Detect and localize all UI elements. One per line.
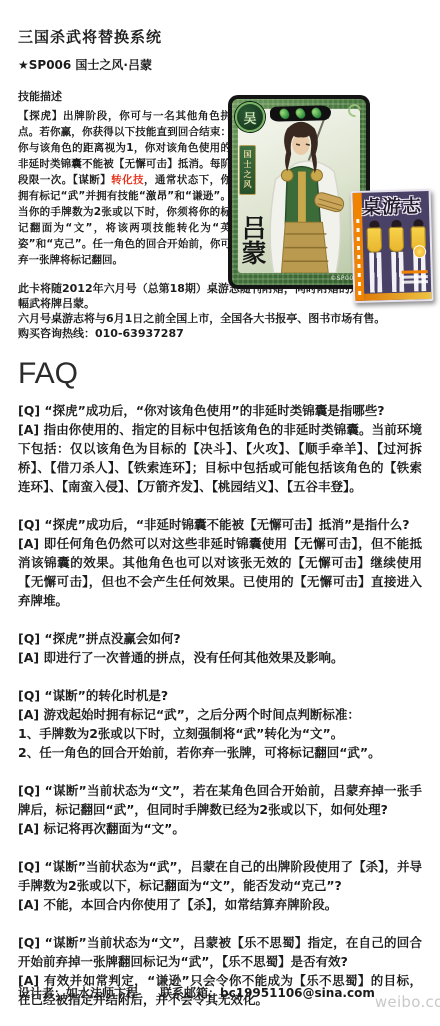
faq-question: [Q] “谋断”当前状态为“武”，吕蒙在自己的出牌阶段使用了【杀】，并导手牌数为… [18, 857, 422, 895]
faq-item: [Q] “探虎”成功后，“非延时锦囊不能被【无懈可击】抵消”是指什么? [A] … [18, 515, 422, 610]
faq-answer: [A] 即进行了一次普通的拼点，没有任何其他效果及影响。 [18, 648, 422, 667]
wu-faction-emblem: 吴 [235, 102, 265, 132]
magazine-cover: 桌游志 [351, 189, 434, 303]
faq-list: [Q] “探虎”成功后，“你对该角色使用”的非延时类锦囊是指哪些? [A] 指由… [18, 401, 422, 1009]
faq-question: [Q] “探虎”成功后，“你对该角色使用”的非延时类锦囊是指哪些? [18, 401, 422, 420]
top-section: 技能描述 【探虎】出牌阶段，你可与一名其他角色拼点。若你赢，你获得以下技能直到回… [18, 88, 422, 268]
faq-item: [Q] “谋断”当前状态为“武”，吕蒙在自己的出牌阶段使用了【杀】，并导手牌数为… [18, 857, 422, 914]
faq-question: [Q] “谋断”当前状态为“文”，吕蒙被【乐不思蜀】指定，在自己的回合开始前弃掉… [18, 933, 422, 971]
health-magatama-row [270, 105, 331, 122]
lvmeng-character-card: 吴 国士之风 吕蒙 ©SP006 [228, 95, 370, 289]
faq-question: [Q] “谋断”当前状态为“文”，若在某角色回合开始前，吕蒙弃掉一张手牌后，标记… [18, 781, 422, 819]
faq-answer: [A] 不能，本回合内你使用了【杀】，如常结算弃牌阶段。 [18, 895, 422, 914]
magatama-health-icon [310, 106, 323, 120]
faq-heading: FAQ [18, 357, 422, 391]
skills-heading: 技能描述 [18, 88, 231, 104]
contact-email: 联系邮箱：bc19951106@sina.com [160, 986, 375, 1000]
weibo-url: weibo.com/2zhuoyouzhi [375, 992, 440, 1013]
release-line: 六月号桌游志将与6月1日之前全国上市，全国各大书报亭、图书市场有售。 [18, 311, 422, 326]
faq-item: [Q] “谋断”当前状态为“文”，若在某角色回合开始前，吕蒙弃掉一张手牌后，标记… [18, 781, 422, 838]
card-photo: 吴 国士之风 吕蒙 ©SP006 桌游志 [228, 95, 440, 293]
faq-question: [Q] “探虎”拼点没赢会如何? [18, 629, 422, 648]
skill-mouduan-name: 【谋断】 [73, 174, 112, 186]
faq-answer: [A] 即任何角色仍然可以对这些非延时锦囊使用【无懈可击】，但不能抵消该锦囊的效… [18, 534, 422, 610]
magazine-caption-lines [402, 270, 428, 286]
card-code-subtitle: ★SP006 国士之风·吕蒙 [18, 56, 422, 73]
faq-item: [Q] “谋断”的转化时机是? [A] 游戏起始时拥有标记“武”，之后分两个时间… [18, 686, 422, 762]
skill-column: 技能描述 【探虎】出牌阶段，你可与一名其他角色拼点。若你赢，你获得以下技能直到回… [18, 88, 231, 268]
designer-credit: 设计者：如水法师卞程 [18, 986, 138, 1000]
skill-mouduan-text: ，通常状态下，你拥有标记“武”并拥有技能“激昂”和“谦逊”。当你的手牌数为2张或… [18, 174, 231, 266]
faq-question: [Q] “探虎”成功后，“非延时锦囊不能被【无懈可击】抵消”是指什么? [18, 515, 422, 534]
promo-page: 三国杀武将替换系统 ★SP006 国士之风·吕蒙 技能描述 【探虎】出牌阶段，你… [0, 0, 440, 1026]
weibo-watermark: @桌游志 weibo.com/2zhuoyouzhi [375, 972, 440, 1013]
card-frame: 吴 国士之风 吕蒙 ©SP006 [232, 99, 366, 285]
faq-item: [Q] “探虎”拼点没赢会如何? [A] 即进行了一次普通的拼点，没有任何其他效… [18, 629, 422, 667]
faq-item: [Q] “探虎”成功后，“你对该角色使用”的非延时类锦囊是指哪些? [A] 指由… [18, 401, 422, 496]
skill-mouduan-tag: 转化技 [111, 174, 144, 186]
magazine-title: 桌游志 [362, 191, 423, 220]
magatama-health-icon [294, 107, 307, 121]
card-name-calligraphy: 吕蒙 [240, 215, 265, 265]
faction-character: 吴 [243, 108, 256, 127]
cover-model [365, 220, 384, 292]
page-title: 三国杀武将替换系统 [18, 26, 422, 47]
faq-answer: [A] 标记将再次翻面为“文”。 [18, 819, 422, 838]
weibo-account-name: @桌游志 [375, 972, 440, 992]
credits: 设计者：如水法师卞程联系邮箱：bc19951106@sina.com [18, 972, 375, 1001]
faq-answer: [A] 游戏起始时拥有标记“武”，之后分两个时间点判断标准： 1、手牌数为2张或… [18, 705, 422, 762]
footer: 设计者：如水法师卞程联系邮箱：bc19951106@sina.com @桌游志 … [18, 972, 434, 1013]
skill-tanhu-name: 【探虎】 [18, 110, 63, 122]
magazine-bottom-band [364, 292, 431, 301]
faq-answer: [A] 指由你使用的、指定的目标中包括该角色的非延时类锦囊。当前环境下包括：仅以… [18, 420, 422, 496]
skill-description: 【探虎】出牌阶段，你可与一名其他角色拼点。若你赢，你获得以下技能直到回合结束：你… [18, 108, 231, 268]
release-hotline: 购买咨询热线：010-63937287 [18, 326, 422, 341]
magatama-health-icon [278, 107, 291, 121]
faq-question: [Q] “谋断”的转化时机是? [18, 686, 422, 705]
card-title-banner: 国士之风 [239, 145, 256, 195]
